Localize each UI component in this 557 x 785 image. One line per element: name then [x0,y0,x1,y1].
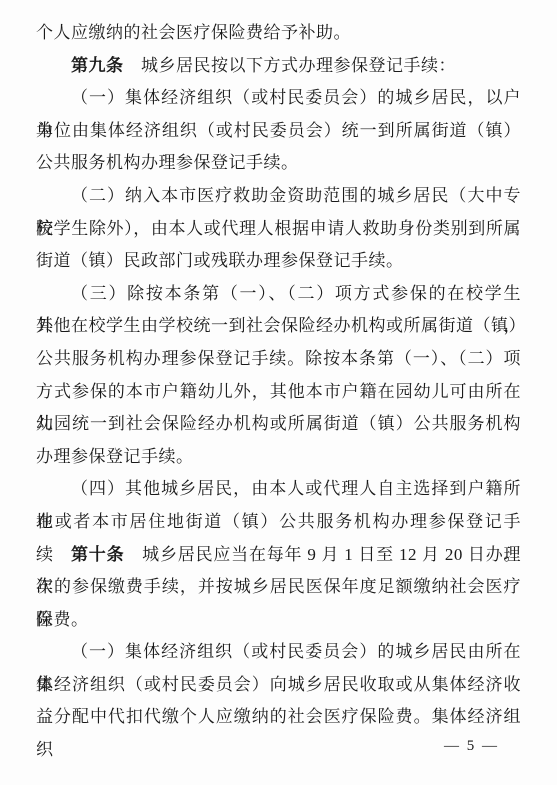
text-line: 儿园统一到社会保险经办机构或所属街道（镇）公共服务机构 [36,408,521,441]
page-number: — 5 — [444,738,499,755]
article-9-text: 城乡居民按以下方式办理参保登记手续： [124,56,457,75]
text-line: （四）其他城乡居民，由本人或代理人自主选择到户籍所在 [36,473,521,506]
text-line: 年的参保缴费手续，并按城乡居民医保年度足额缴纳社会医疗保 [36,571,521,604]
text-line: 个人应缴纳的社会医疗保险费给予补助。 [36,17,521,50]
article-10-heading-line: 第十条 城乡居民应当在每年 9 月 1 日至 12 月 20 日办理次 [36,539,521,572]
text-line: （一）集体经济组织（或村民委员会）的城乡居民由所在集 [36,636,521,669]
text-line: 街道（镇）民政部门或残联办理参保登记手续。 [36,245,521,278]
text-line: 校学生除外），由本人或代理人根据申请人救助身份类别到所属 [36,213,521,246]
document-page: 个人应缴纳的社会医疗保险费给予补助。 第九条 城乡居民按以下方式办理参保登记手续… [0,0,557,785]
text-line: （二）纳入本市医疗救助金资助范围的城乡居民（大中专院 [36,180,521,213]
text-line: 其他在校学生由学校统一到社会保险经办机构或所属街道（镇） [36,310,521,343]
text-line: 地或者本市居住地街道（镇）公共服务机构办理参保登记手续。 [36,506,521,539]
text-line: （三）除按本条第（一）、（二）项方式参保的在校学生外， [36,278,521,311]
article-9-number: 第九条 [71,56,124,75]
text-line: 公共服务机构办理参保登记手续。 [36,147,521,180]
text-line: 体经济组织（或村民委员会）向城乡居民收取或从集体经济收 [36,669,521,702]
article-10-number: 第十条 [71,545,124,564]
text-line: 益分配中代扣代缴个人应缴纳的社会医疗保险费。集体经济组织 [36,701,521,734]
text-line: 险费。 [36,604,521,637]
text-line: 方式参保的本市户籍幼儿外，其他本市户籍在园幼儿可由所在幼 [36,376,521,409]
article-9-heading-line: 第九条 城乡居民按以下方式办理参保登记手续： [36,50,521,83]
text-line: 单位由集体经济组织（或村民委员会）统一到所属街道（镇） [36,115,521,148]
text-line: （一）集体经济组织（或村民委员会）的城乡居民，以户为 [36,82,521,115]
text-line: 公共服务机构办理参保登记手续。除按本条第（一）、（二）项 [36,343,521,376]
text-line: 办理参保登记手续。 [36,441,521,474]
